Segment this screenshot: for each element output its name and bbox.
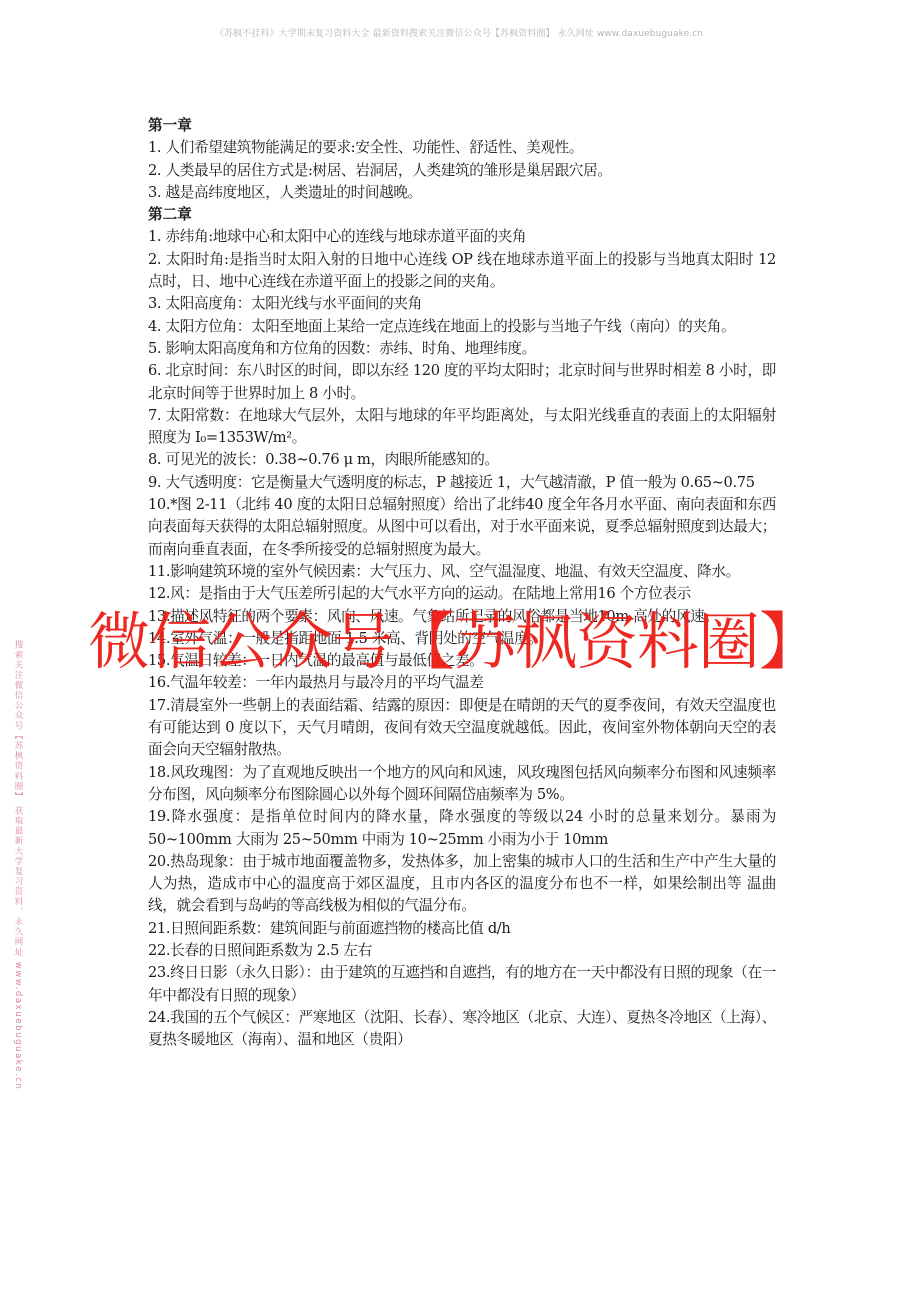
list-item: 3. 太阳高度角：太阳光线与水平面间的夹角 — [148, 293, 776, 315]
list-item: 15.气温日较差：一日内气温的最高值与最低值之差。 — [148, 650, 776, 672]
list-item: 1. 赤纬角:地球中心和太阳中心的连线与地球赤道平面的夹角 — [148, 226, 776, 248]
list-item: 21.日照间距系数：建筑间距与前面遮挡物的楼高比值 d/h — [148, 918, 776, 940]
list-item: 10.*图 2-11（北纬 40 度的太阳日总辐射照度）给出了北纬40 度全年各… — [148, 494, 776, 561]
list-item: 11.影响建筑环境的室外气候因素：大气压力、风、空气温湿度、地温、有效天空温度、… — [148, 561, 776, 583]
list-item: 22.长春的日照间距系数为 2.5 左右 — [148, 940, 776, 962]
chapter-title: 第二章 — [148, 204, 776, 226]
list-item: 2. 人类最早的居住方式是:树居、岩洞居，人类建筑的雏形是巢居跟穴居。 — [148, 160, 776, 182]
header-watermark: 《苏枫不挂科》大学期末复习资料大全 最新资料搜索关注微信公众号【苏枫资料圈】 永… — [0, 26, 918, 39]
chapter-1: 第一章 1. 人们希望建筑物能满足的要求:安全性、功能性、舒适性、美观性。 2.… — [148, 115, 776, 204]
chapter-title: 第一章 — [148, 115, 776, 137]
list-item: 16.气温年较差：一年内最热月与最冷月的平均气温差 — [148, 672, 776, 694]
list-item: 3. 越是高纬度地区，人类遗址的时间越晚。 — [148, 182, 776, 204]
list-item: 19.降水强度：是指单位时间内的降水量，降水强度的等级以24 小时的总量来划分。… — [148, 806, 776, 851]
list-item: 5. 影响太阳高度角和方位角的因数：赤纬、时角、地理纬度。 — [148, 338, 776, 360]
document-body: 第一章 1. 人们希望建筑物能满足的要求:安全性、功能性、舒适性、美观性。 2.… — [148, 115, 776, 1051]
list-item: 2. 太阳时角:是指当时太阳入射的日地中心连线 OP 线在地球赤道平面上的投影与… — [148, 249, 776, 294]
list-item: 23.终日日影（永久日影）：由于建筑的互遮挡和自遮挡，有的地方在一天中都没有日照… — [148, 962, 776, 1007]
list-item: 6. 北京时间：东八时区的时间，即以东经 120 度的平均太阳时；北京时间与世界… — [148, 360, 776, 405]
list-item: 1. 人们希望建筑物能满足的要求:安全性、功能性、舒适性、美观性。 — [148, 137, 776, 159]
list-item: 14.室外气温：一般是指距地面 1.5 米高、背阴处的空气温度。 — [148, 628, 776, 650]
list-item: 13.描述风特征的两个要素：风向、风速。气象站所记录的风俗都是当地10m 高处的… — [148, 606, 776, 628]
list-item: 18.风玫瑰图：为了直观地反映出一个地方的风向和风速，风玫瑰图包括风向频率分布图… — [148, 762, 776, 807]
list-item: 20.热岛现象：由于城市地面覆盖物多，发热体多，加上密集的城市人口的生活和生产中… — [148, 851, 776, 918]
list-item: 17.清晨室外一些朝上的表面结霜、结露的原因：即便是在晴朗的天气的夏季夜间，有效… — [148, 695, 776, 762]
list-item: 12.风：是指由于大气压差所引起的大气水平方向的运动。在陆地上常用16 个方位表… — [148, 583, 776, 605]
side-watermark: 搜索关注微信公众号【苏枫资料圈】 获取最新大学复习资料，永久网址 www.dax… — [12, 640, 24, 1091]
list-item: 4. 太阳方位角：太阳至地面上某给一定点连线在地面上的投影与当地子午线（南向）的… — [148, 316, 776, 338]
list-item: 9. 大气透明度：它是衡量大气透明度的标志，P 越接近 1，大气越清澈，P 值一… — [148, 472, 776, 494]
list-item: 8. 可见光的波长：0.38~0.76 μ m，肉眼所能感知的。 — [148, 449, 776, 471]
list-item: 24.我国的五个气候区：严寒地区（沈阳、长春）、寒冷地区（北京、大连）、夏热冬冷… — [148, 1007, 776, 1052]
chapter-2: 第二章 1. 赤纬角:地球中心和太阳中心的连线与地球赤道平面的夹角 2. 太阳时… — [148, 204, 776, 1051]
list-item: 7. 太阳常数：在地球大气层外，太阳与地球的年平均距离处，与太阳光线垂直的表面上… — [148, 405, 776, 450]
